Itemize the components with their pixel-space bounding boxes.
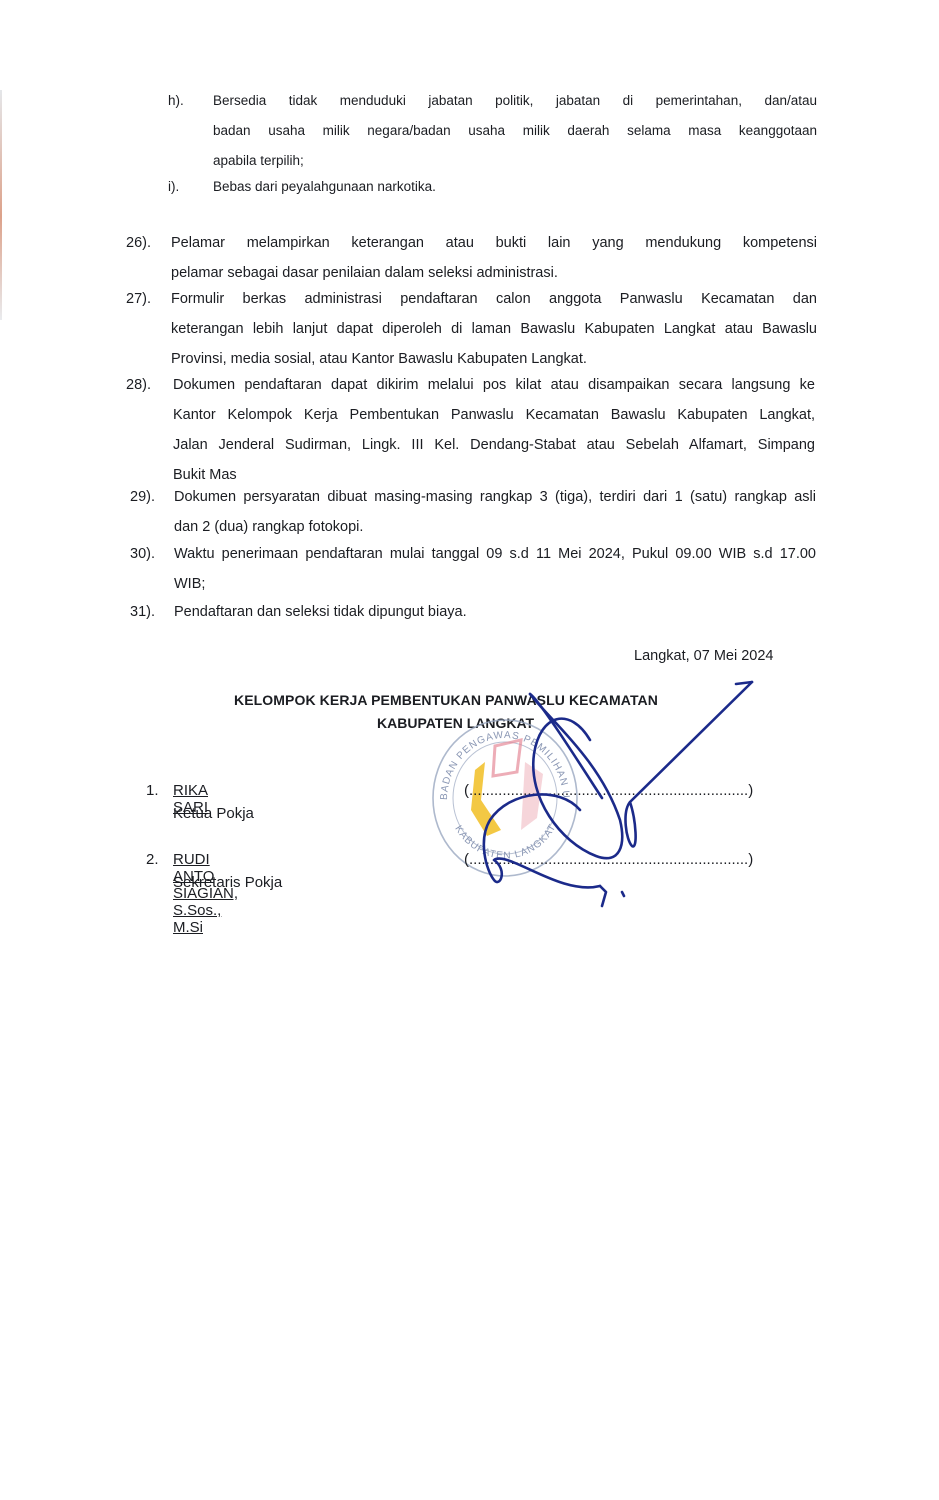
list-item-text: Dokumen persyaratan dibuat masing-masing…	[174, 482, 816, 542]
list-marker: h).	[168, 86, 184, 116]
document-page: h). Bersedia tidak menduduki jabatan pol…	[0, 0, 939, 1500]
list-marker: 30).	[130, 539, 155, 569]
list-item-text: Bersedia tidak menduduki jabatan politik…	[213, 86, 817, 176]
list-item-text: Dokumen pendaftaran dapat dikirim melalu…	[173, 370, 815, 490]
list-item-text: Pendaftaran dan seleksi tidak dipungut b…	[174, 597, 816, 627]
list-marker: 28).	[126, 370, 151, 400]
list-marker: 27).	[126, 284, 151, 314]
list-marker: 31).	[130, 597, 155, 627]
handwritten-signature-icon	[450, 670, 770, 910]
list-item-text: Waktu penerimaan pendaftaran mulai tangg…	[174, 539, 816, 599]
list-item-text: Formulir berkas administrasi pendaftaran…	[171, 284, 817, 374]
place-date: Langkat, 07 Mei 2024	[634, 648, 773, 664]
list-item-text: Pelamar melampirkan keterangan atau bukt…	[171, 228, 817, 288]
signatory-name: RUDI ANTO SIAGIAN, S.Sos., M.Si	[173, 851, 238, 936]
list-item-text: Bebas dari peyalahgunaan narkotika.	[213, 172, 817, 202]
list-marker: 29).	[130, 482, 155, 512]
list-marker: i).	[168, 172, 179, 202]
signatory-role: Ketua Pokja	[173, 805, 254, 822]
list-marker: 26).	[126, 228, 151, 258]
signatory-role: Sekretaris Pokja	[173, 874, 282, 891]
